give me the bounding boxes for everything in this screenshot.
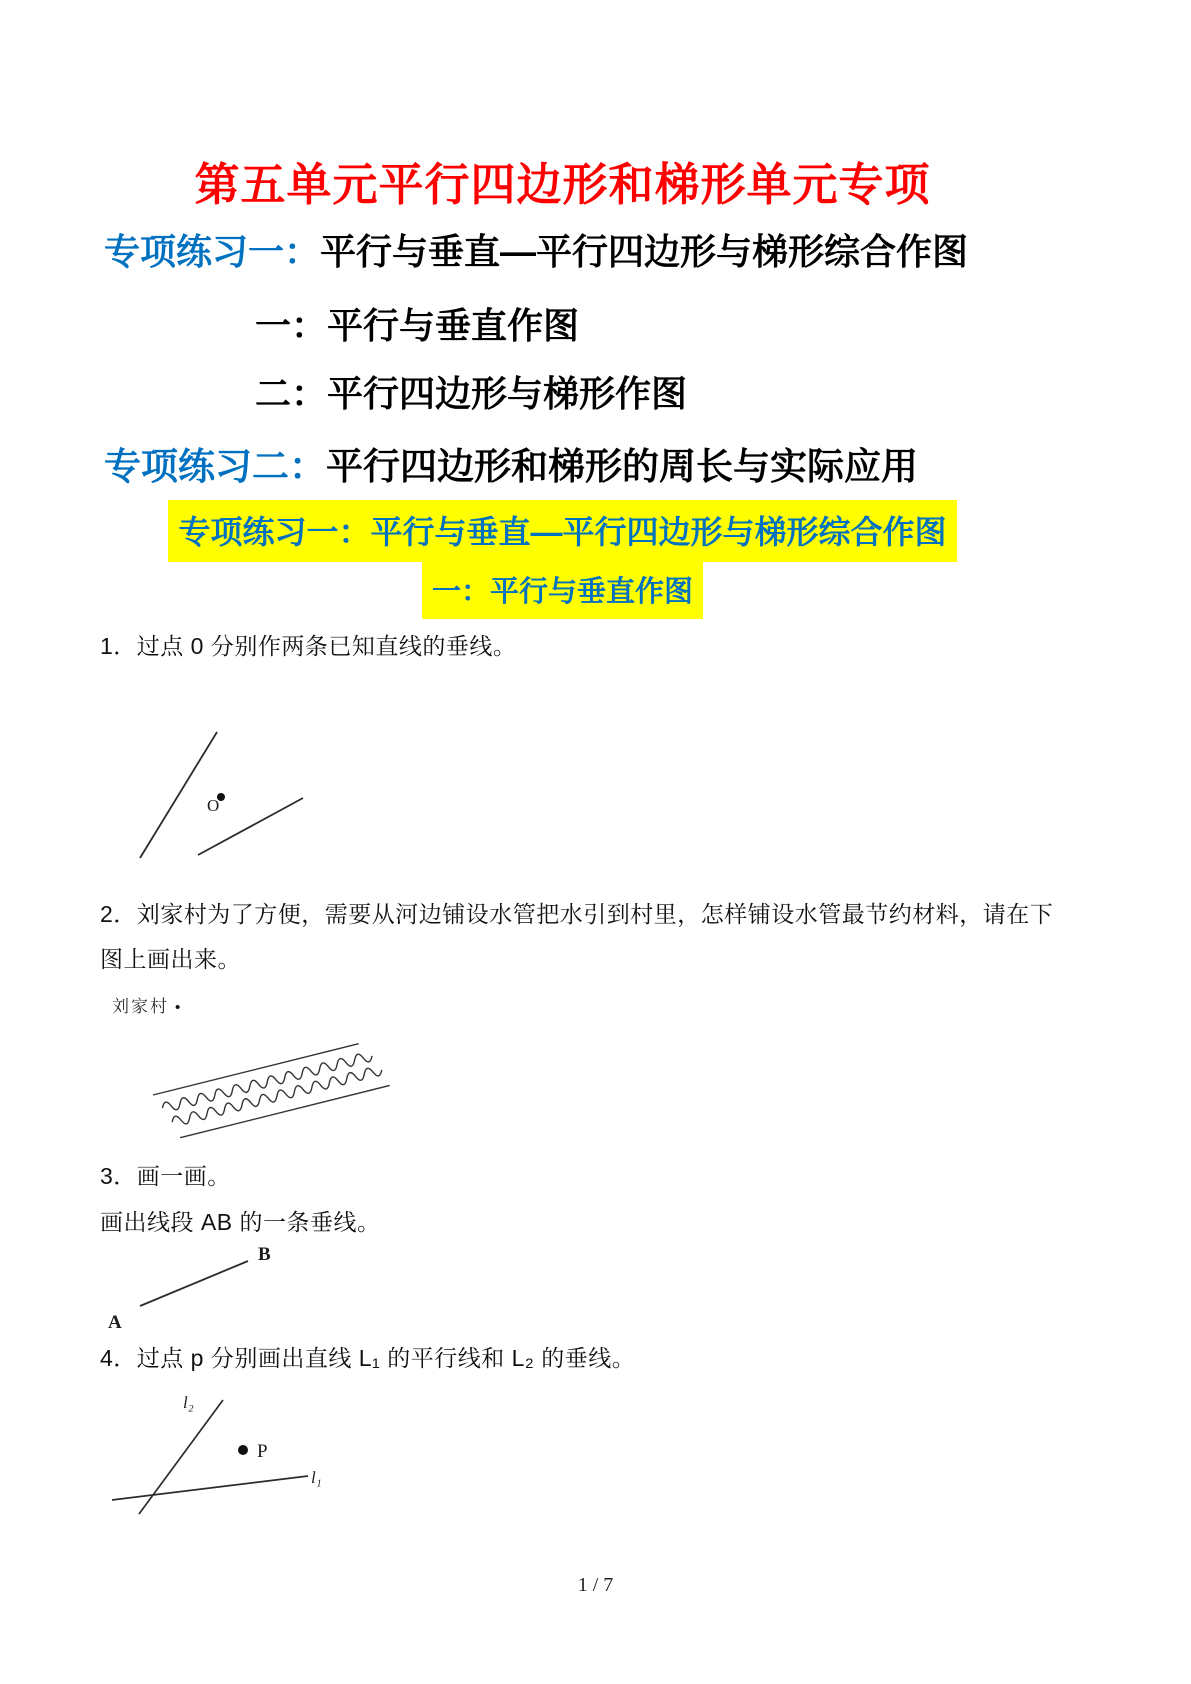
heading-sub-1: 一：平行与垂直作图 bbox=[255, 298, 579, 349]
figure-2-village-label: 刘家村 bbox=[112, 997, 169, 1016]
problem-2-text-line-2: 图上画出来。 bbox=[100, 941, 241, 974]
figure-3-label-b: B bbox=[258, 1244, 271, 1265]
figure-4-label-l2: l₂ bbox=[183, 1393, 194, 1412]
heading-exercise-1-text: 平行与垂直—平行四边形与梯形综合作图 bbox=[320, 231, 968, 272]
heading-exercise-2: 专项练习二：平行四边形和梯形的周长与实际应用 bbox=[104, 436, 918, 490]
river-wave-2 bbox=[171, 1065, 383, 1127]
heading-exercise-2-label: 专项练习二： bbox=[104, 446, 326, 487]
heading-exercise-1: 专项练习一：平行与垂直—平行四边形与梯形综合作图 bbox=[104, 224, 968, 275]
highlight-heading-2-row: 一：平行与垂直作图 bbox=[0, 562, 1125, 619]
document-page: 第五单元平行四边形和梯形单元专项 专项练习一：平行与垂直—平行四边形与梯形综合作… bbox=[0, 0, 1191, 1684]
figure-2-village-dot: • bbox=[175, 999, 180, 1016]
figure-4-label-l1: l₁ bbox=[311, 1468, 322, 1487]
figure-3-segment-line bbox=[140, 1261, 248, 1306]
problem-3-text-line-1: 3．画一画。 bbox=[100, 1158, 231, 1191]
page-number: 1 / 7 bbox=[0, 1574, 1191, 1597]
problem-3-text-line-2: 画出线段 AB 的一条垂线。 bbox=[100, 1204, 380, 1237]
figure-2-river bbox=[135, 1015, 425, 1150]
problem-2-text-line-1: 2．刘家村为了方便，需要从河边铺设水管把水引到村里，怎样铺设水管最节约材料，请在… bbox=[100, 896, 1053, 929]
problem-4-text: 4．过点 p 分别画出直线 L₁ 的平行线和 L₂ 的垂线。 bbox=[100, 1340, 635, 1373]
figure-1-line-steep bbox=[140, 732, 217, 858]
highlight-heading-2: 一：平行与垂直作图 bbox=[422, 562, 703, 619]
figure-4-label-p: P bbox=[257, 1441, 268, 1462]
figure-3-segment-ab: B A bbox=[98, 1238, 298, 1338]
highlight-heading-1-row: 专项练习一：平行与垂直—平行四边形与梯形综合作图 bbox=[0, 500, 1125, 562]
problem-1-text: 1．过点 0 分别作两条已知直线的垂线。 bbox=[100, 628, 516, 661]
river-wave-1 bbox=[161, 1051, 373, 1113]
figure-2-village-row: 刘家村• bbox=[112, 992, 180, 1017]
heading-exercise-2-text: 平行四边形和梯形的周长与实际应用 bbox=[326, 446, 918, 487]
highlight-heading-1: 专项练习一：平行与垂直—平行四边形与梯形综合作图 bbox=[168, 500, 956, 562]
heading-exercise-1-label: 专项练习一： bbox=[104, 231, 320, 272]
figure-4-point-p-dot bbox=[238, 1445, 248, 1455]
figure-4-line-l2 bbox=[139, 1400, 223, 1514]
figure-4-line-l1 bbox=[112, 1476, 308, 1500]
page-title: 第五单元平行四边形和梯形单元专项 bbox=[0, 148, 1125, 213]
figure-1-point-o-label: O bbox=[207, 796, 219, 815]
heading-sub-2: 二：平行四边形与梯形作图 bbox=[255, 366, 687, 417]
figure-3-label-a: A bbox=[108, 1312, 122, 1333]
figure-1-two-lines-point-o: O bbox=[110, 708, 325, 868]
figure-4-lines-l1-l2-point-p: l₂ l₁ P bbox=[95, 1388, 345, 1533]
